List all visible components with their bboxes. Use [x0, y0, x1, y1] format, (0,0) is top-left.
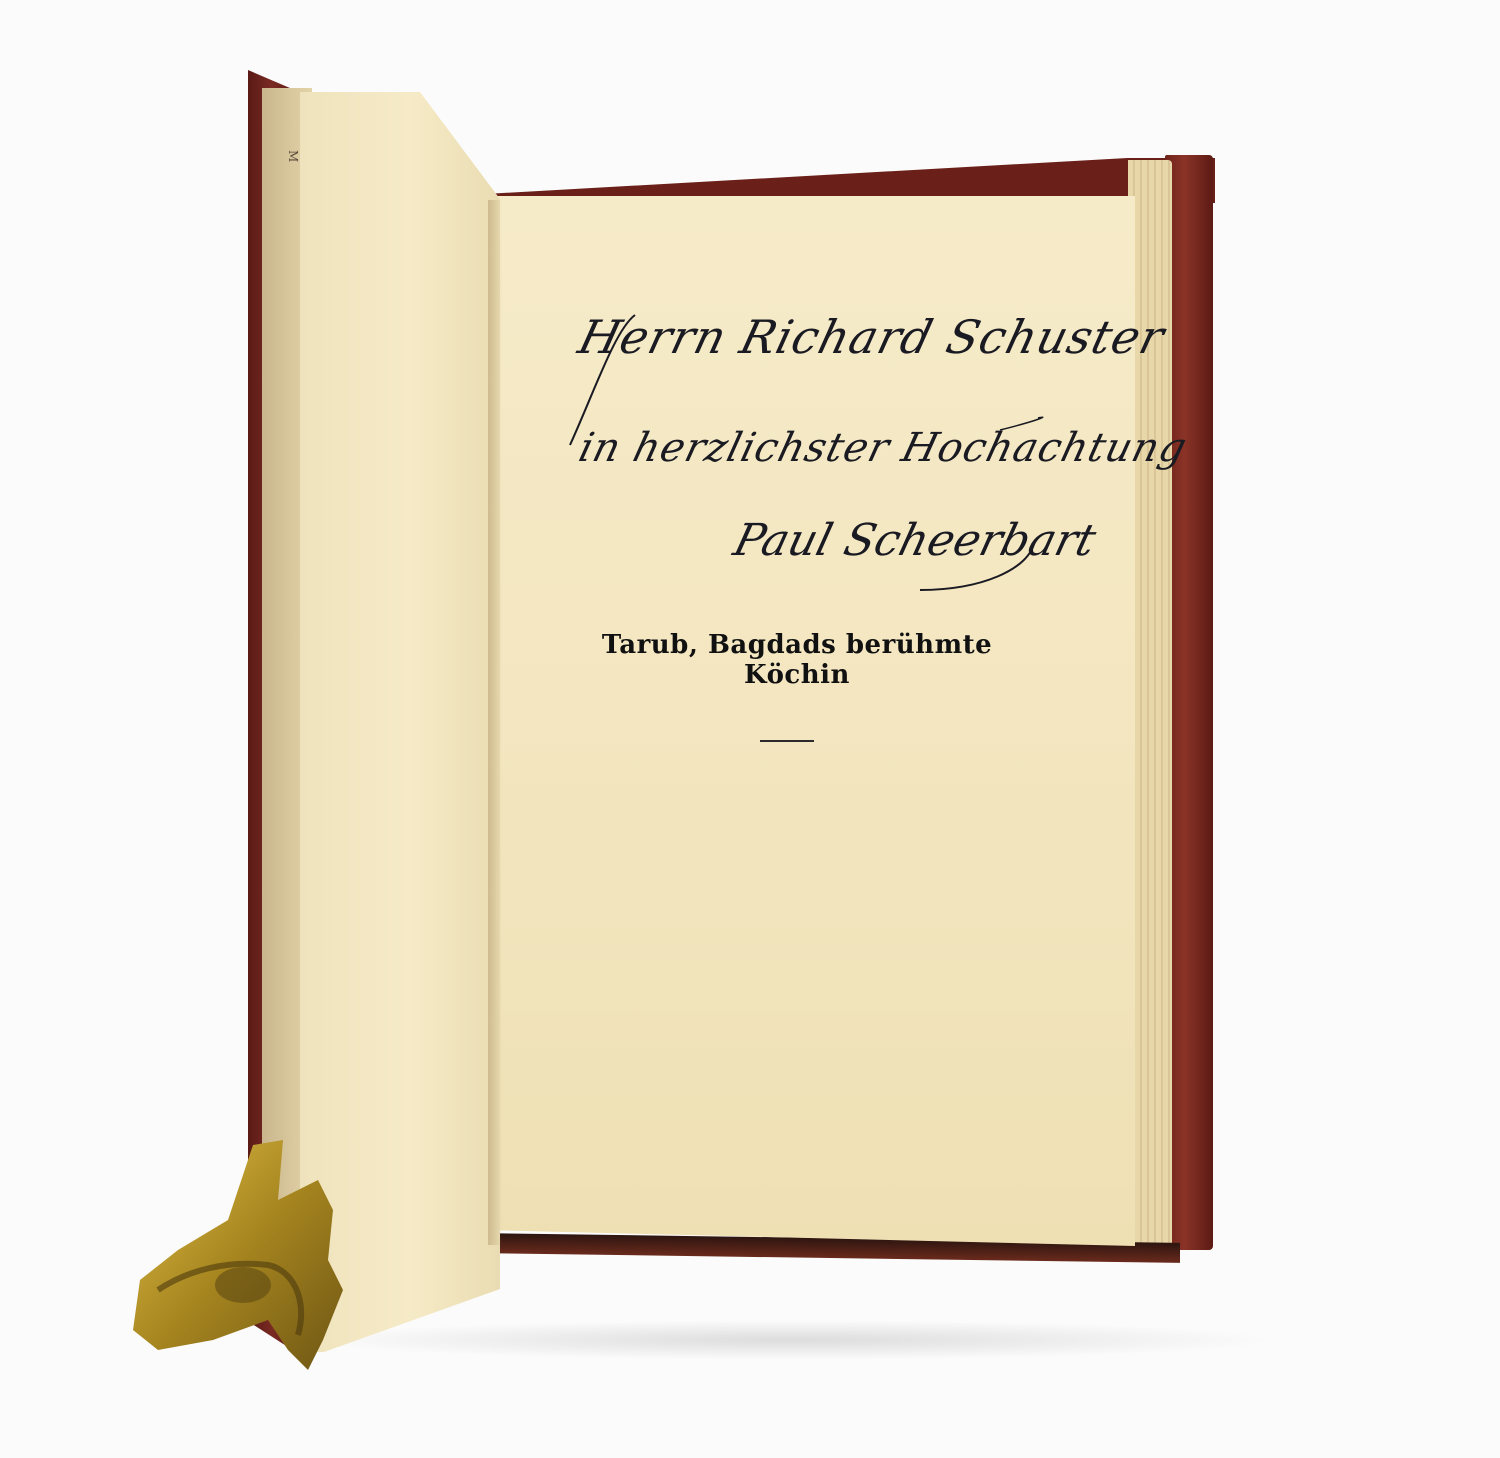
page-gutter [488, 200, 502, 1245]
printed-title: Tarub, Bagdads berühmte Köchin [592, 630, 1002, 690]
book-shadow [300, 1320, 1280, 1360]
book-cover-right [1165, 155, 1213, 1250]
pastedown-mark: M [286, 150, 300, 164]
brass-bookstand-icon [118, 1140, 378, 1380]
title-rule [760, 740, 814, 742]
signature-flourish-icon [560, 290, 1080, 620]
photo-scene: M Herrn Richard Schuster in herzlichster… [0, 0, 1500, 1458]
